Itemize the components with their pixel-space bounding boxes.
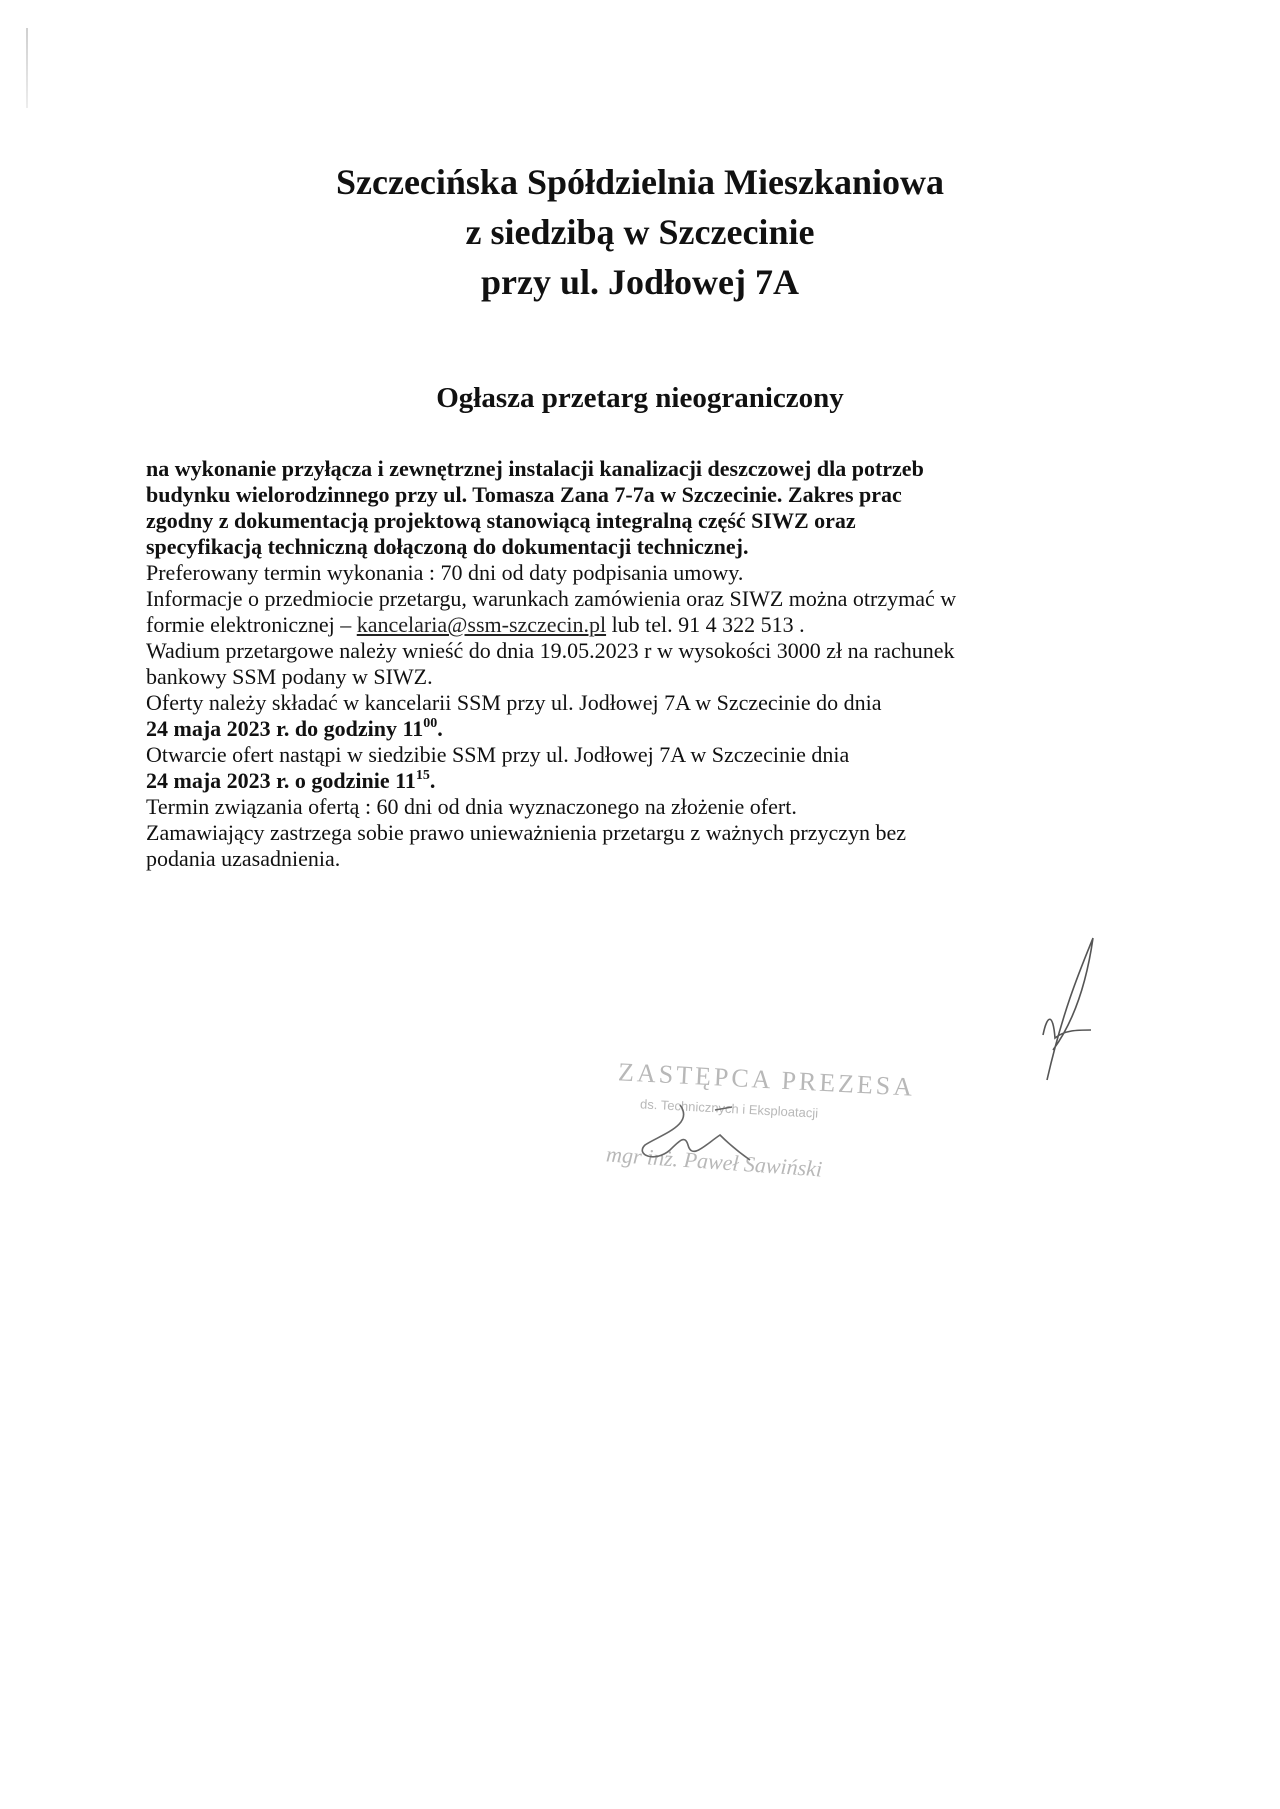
execution-term: Preferowany termin wykonania : 70 dni od… xyxy=(146,560,1126,586)
offers-line-1: Oferty należy składać w kancelarii SSM p… xyxy=(146,690,1126,716)
offers-deadline: 24 maja 2023 r. do godziny 1100. xyxy=(146,716,1126,742)
handwritten-signature-icon xyxy=(600,1065,900,1195)
subject-line-1: na wykonanie przyłącza i zewnętrznej ins… xyxy=(146,456,1126,482)
offers-deadline-minutes: 00 xyxy=(423,716,437,731)
scan-artifact xyxy=(26,28,28,108)
header-line-1: Szczecińska Spółdzielnia Mieszkaniowa xyxy=(0,157,1280,207)
signature-right xyxy=(1035,930,1135,1095)
opening-time-text: 24 maja 2023 r. o godzinie 11 xyxy=(146,768,416,793)
info-suffix: lub tel. 91 4 322 513 . xyxy=(606,612,805,637)
subject-line-3: zgodny z dokumentacją projektową stanowi… xyxy=(146,508,1126,534)
announcement-title: Ogłasza przetarg nieograniczony xyxy=(0,378,1280,418)
official-stamp: ZASTĘPCA PREZESA ds. Technicznych i Eksp… xyxy=(600,1065,900,1195)
opening-time-minutes: 15 xyxy=(416,768,430,783)
header-line-3: przy ul. Jodłowej 7A xyxy=(0,257,1280,307)
info-prefix: formie elektronicznej – xyxy=(146,612,357,637)
subject-line-2: budynku wielorodzinnego przy ul. Tomasza… xyxy=(146,482,1126,508)
info-line-2: formie elektronicznej – kancelaria@ssm-s… xyxy=(146,612,1126,638)
subject-line-4: specyfikacją techniczną dołączoną do dok… xyxy=(146,534,1126,560)
header-line-2: z siedzibą w Szczecinie xyxy=(0,207,1280,257)
offers-deadline-text: 24 maja 2023 r. do godziny 11 xyxy=(146,716,423,741)
wadium-line-1: Wadium przetargowe należy wnieść do dnia… xyxy=(146,638,1126,664)
binding-term: Termin związania ofertą : 60 dni od dnia… xyxy=(146,794,1126,820)
opening-time: 24 maja 2023 r. o godzinie 1115. xyxy=(146,768,1126,794)
info-line-1: Informacje o przedmiocie przetargu, waru… xyxy=(146,586,1126,612)
wadium-line-2: bankowy SSM podany w SIWZ. xyxy=(146,664,1126,690)
reserve-line-1: Zamawiający zastrzega sobie prawo uniewa… xyxy=(146,820,1126,846)
reserve-line-2: podania uzasadnienia. xyxy=(146,846,1126,872)
document-body: na wykonanie przyłącza i zewnętrznej ins… xyxy=(146,456,1126,872)
signature-icon xyxy=(1035,930,1135,1090)
opening-line-1: Otwarcie ofert nastąpi w siedzibie SSM p… xyxy=(146,742,1126,768)
organization-header: Szczecińska Spółdzielnia Mieszkaniowa z … xyxy=(0,157,1280,307)
email-link[interactable]: kancelaria@ssm-szczecin.pl xyxy=(357,612,606,637)
